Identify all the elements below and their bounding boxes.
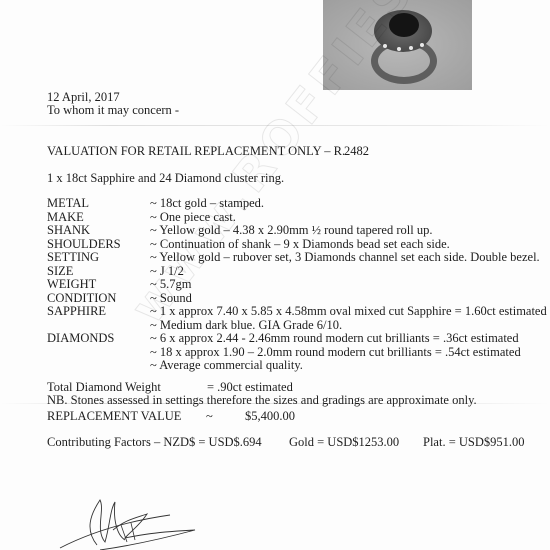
contributing-factors-nzd: Contributing Factors – NZD$ = USD$.694: [47, 436, 262, 450]
detail-label-make: MAKE: [47, 211, 84, 225]
detail-label-shoulders: SHOULDERS: [47, 238, 121, 252]
valuation-heading: VALUATION FOR RETAIL REPLACEMENT ONLY – …: [47, 145, 345, 159]
detail-label-weight: WEIGHT: [47, 278, 96, 292]
detail-value-sapphire: ~ 1 x approx 7.40 x 5.85 x 4.58mm oval m…: [150, 305, 547, 319]
detail-label-metal: METAL: [47, 197, 89, 211]
replacement-value-label: REPLACEMENT VALUE: [47, 410, 181, 424]
contributing-factors-gold: Gold = USD$1253.00: [289, 436, 399, 450]
valuation-document: www.ROFFIES.CO.NZ 12 April, 2017 To whom…: [0, 0, 550, 550]
detail-value-shank: ~ Yellow gold – 4.38 x 2.90mm ½ round ta…: [150, 224, 432, 238]
assessment-note: NB. Stones assessed in settings therefor…: [47, 394, 477, 408]
signature: [55, 490, 205, 550]
detail-value-make: ~ One piece cast.: [150, 211, 236, 225]
detail-value-diamonds: ~ 6 x approx 2.44 - 2.46mm round modern …: [150, 332, 519, 346]
detail-value-setting: ~ Yellow gold – rubover set, 3 Diamonds …: [150, 251, 540, 265]
diamond-sparkle: [420, 43, 424, 47]
sapphire-stone-shape: [389, 13, 419, 37]
contributing-factors-plat: Plat. = USD$951.00: [423, 436, 525, 450]
diamond-sparkle: [397, 47, 401, 51]
detail-label-sapphire: SAPPHIRE: [47, 305, 106, 319]
detail-label-size: SIZE: [47, 265, 73, 279]
item-description: 1 x 18ct Sapphire and 24 Diamond cluster…: [47, 172, 284, 186]
paper-fold-line: [0, 125, 550, 126]
ring-photo: [323, 0, 472, 90]
detail-value-metal: ~ 18ct gold – stamped.: [150, 197, 264, 211]
detail-label-shank: SHANK: [47, 224, 90, 238]
replacement-value: $5,400.00: [245, 410, 295, 424]
salutation: To whom it may concern -: [47, 104, 179, 118]
detail-label-condition: CONDITION: [47, 292, 116, 306]
detail-value-shoulders: ~ Continuation of shank – 9 x Diamonds b…: [150, 238, 450, 252]
diamond-sparkle: [409, 46, 413, 50]
detail-label-diamonds: DIAMONDS: [47, 332, 114, 346]
replacement-tilde: ~: [206, 410, 213, 424]
detail-value-size: ~ J 1/2: [150, 265, 184, 279]
detail-value-weight: ~ 5.7gm: [150, 278, 192, 292]
detail-value-diamonds: ~ 18 x approx 1.90 – 2.0mm round modern …: [150, 346, 521, 360]
detail-label-setting: SETTING: [47, 251, 99, 265]
reference-number: 2482: [344, 145, 369, 159]
detail-value-diamonds: ~ Average commercial quality.: [150, 359, 303, 373]
detail-value-condition: ~ Sound: [150, 292, 192, 306]
detail-value-sapphire: ~ Medium dark blue. GIA Grade 6/10.: [150, 319, 342, 333]
diamond-sparkle: [383, 44, 387, 48]
